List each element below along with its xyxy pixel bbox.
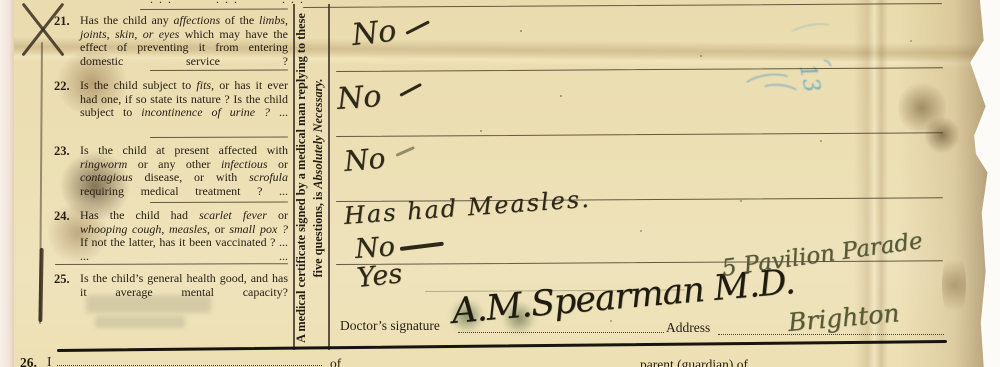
paper-speckles [520,30,522,32]
blue-pencil-scribble [787,20,835,44]
question-26-number: 26. [20,355,37,367]
address-line1-handwriting: 5 Pavilion Parade [720,228,924,282]
previous-question-dots: ... ... ... [150,0,310,7]
question-text: Is the child at present affected with ri… [80,144,288,212]
question-text: Has the child any affections of the limb… [80,14,288,82]
question-text: Has the child had scarlet fever or whoop… [80,209,288,277]
question-number: 22. [54,79,80,94]
question-number: 23. [54,144,80,159]
row-separator [150,137,288,139]
answer-q21: No [350,13,398,52]
blue-pencil-scribble [759,82,800,102]
answer-q24-dash [400,242,444,251]
hand-ruled-margin-line-dark [38,248,43,322]
rotated-note-text: A medical certificate signed by a medica… [293,6,329,350]
address-label: Address [666,320,710,336]
question-text: Is the child’s general health good, and … [80,272,288,313]
doctor-signature-label: Doctor’s signature [340,318,440,334]
question-26-of: of [330,356,341,367]
answer-q23-flourish [395,146,414,157]
answer-rule [303,3,942,8]
answer-rule [336,132,943,137]
rotated-note-column: A medical certificate signed by a medica… [292,6,330,350]
row-separator [140,8,288,10]
answer-rule [336,67,943,72]
scanned-form-page: 13 ... ... ... 21. Has the child any aff… [0,0,1000,367]
signature-dotted-line [458,330,664,333]
ink-showthrough [95,316,185,328]
rotated-note-emphasis: Absolutely Necessary. [311,78,325,188]
question-26-parent-label: parent (guardian) of [640,357,748,367]
edge-stain [942,250,966,320]
question-26-dotted-line [57,363,322,366]
scan-left-edge [0,0,14,367]
question-number: 24. [54,209,80,224]
answer-q22: No [336,79,383,117]
edge-stain [925,115,959,155]
question-26-pronoun: I [47,354,52,367]
answer-q25: Yes [355,258,403,294]
section-bottom-rule [57,340,947,352]
answer-q21-flourish [405,20,429,34]
question-number: 25. [54,272,80,287]
answer-q22-flourish [399,83,421,97]
answer-q23: No [343,141,387,177]
answer-q24-line1: Has had Measles. [343,185,592,230]
question-text: Is the child subject to fits, or has it … [80,79,288,133]
question-number: 21. [54,14,80,29]
